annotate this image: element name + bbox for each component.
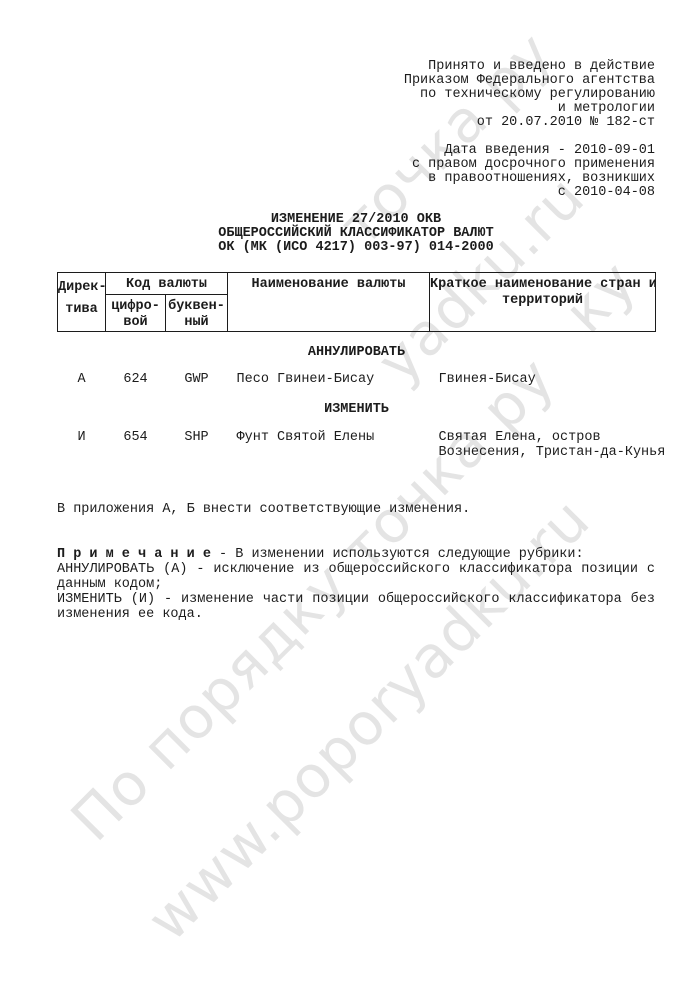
cell-letter-code: SHP bbox=[166, 430, 228, 460]
cell-countries: Святая Елена, остров Вознесения, Тристан… bbox=[430, 430, 656, 460]
document-title: ИЗМЕНЕНИЕ 27/2010 ОКВ ОБЩЕРОССИЙСКИЙ КЛА… bbox=[57, 213, 655, 255]
column-header-currency-code: Код валюты bbox=[106, 273, 228, 295]
cell-countries: Гвинея-Бисау bbox=[430, 372, 656, 387]
note-block: П р и м е ч а н и е - В изменении исполь… bbox=[57, 547, 655, 622]
document-content: Принято и введено в действие Приказом Фе… bbox=[0, 0, 700, 622]
appendix-note: В приложения А, Б внести соответствующие… bbox=[57, 502, 655, 517]
adoption-line: и метрологии bbox=[0, 102, 655, 116]
cell-directive: И bbox=[58, 430, 106, 460]
table-header: Дирек- тива Код валюты Наименование валю… bbox=[58, 273, 656, 332]
column-header-countries: Краткое наименование стран и территорий bbox=[430, 273, 656, 332]
adoption-line: Приказом Федерального агентства bbox=[0, 74, 655, 88]
section-row-annul: АННУЛИРОВАТЬ bbox=[58, 345, 656, 360]
adoption-block: Принято и введено в действие Приказом Фе… bbox=[0, 0, 700, 130]
note-annul-line: данным кодом; bbox=[57, 577, 655, 592]
note-annul-line: АННУЛИРОВАТЬ (А) - исключение из общерос… bbox=[57, 562, 655, 577]
adoption-line: Принято и введено в действие bbox=[0, 60, 655, 74]
column-header-digit-code: цифро- вой bbox=[106, 295, 166, 332]
introduction-line: Дата введения - 2010-09-01 bbox=[0, 144, 655, 158]
title-line: ИЗМЕНЕНИЕ 27/2010 ОКВ bbox=[57, 213, 655, 227]
introduction-block: Дата введения - 2010-09-01 с правом доср… bbox=[0, 130, 700, 200]
introduction-line: с 2010-04-08 bbox=[0, 186, 655, 200]
cell-currency-name: Фунт Святой Елены bbox=[228, 430, 430, 460]
cell-letter-code: GWP bbox=[166, 372, 228, 387]
currency-table: Дирек- тива Код валюты Наименование валю… bbox=[57, 272, 656, 460]
adoption-line: от 20.07.2010 № 182-ст bbox=[0, 116, 655, 130]
section-label: АННУЛИРОВАТЬ bbox=[58, 345, 656, 360]
section-row-change: ИЗМЕНИТЬ bbox=[58, 402, 656, 417]
note-change-line: изменения ее кода. bbox=[57, 607, 655, 622]
cell-digit-code: 654 bbox=[106, 430, 166, 460]
note-intro: - В изменении используются следующие руб… bbox=[211, 547, 584, 562]
adoption-line: по техническому регулированию bbox=[0, 88, 655, 102]
introduction-line: в правоотношениях, возникших bbox=[0, 172, 655, 186]
note-heading: П р и м е ч а н и е - В изменении исполь… bbox=[57, 547, 655, 562]
document-page: По порядку точка ру www.poporyadku.ru то… bbox=[0, 0, 700, 990]
note-change-line: ИЗМЕНИТЬ (И) - изменение части позиции о… bbox=[57, 592, 655, 607]
table-body: АННУЛИРОВАТЬ А 624 GWP Песо Гвинеи-Бисау… bbox=[58, 332, 656, 461]
column-header-currency-name: Наименование валюты bbox=[228, 273, 430, 332]
column-header-directive: Дирек- тива bbox=[58, 273, 106, 332]
table-row: А 624 GWP Песо Гвинеи-Бисау Гвинея-Бисау bbox=[58, 372, 656, 387]
table-row: И 654 SHP Фунт Святой Елены Святая Елена… bbox=[58, 430, 656, 460]
column-header-letter-code: буквен- ный bbox=[166, 295, 228, 332]
introduction-line: с правом досрочного применения bbox=[0, 158, 655, 172]
cell-currency-name: Песо Гвинеи-Бисау bbox=[228, 372, 430, 387]
note-label: П р и м е ч а н и е bbox=[57, 547, 211, 562]
cell-directive: А bbox=[58, 372, 106, 387]
section-label: ИЗМЕНИТЬ bbox=[58, 402, 656, 417]
title-line: ОБЩЕРОССИЙСКИЙ КЛАССИФИКАТОР ВАЛЮТ bbox=[57, 227, 655, 241]
title-line: ОК (МК (ИСО 4217) 003-97) 014-2000 bbox=[57, 241, 655, 255]
cell-digit-code: 624 bbox=[106, 372, 166, 387]
